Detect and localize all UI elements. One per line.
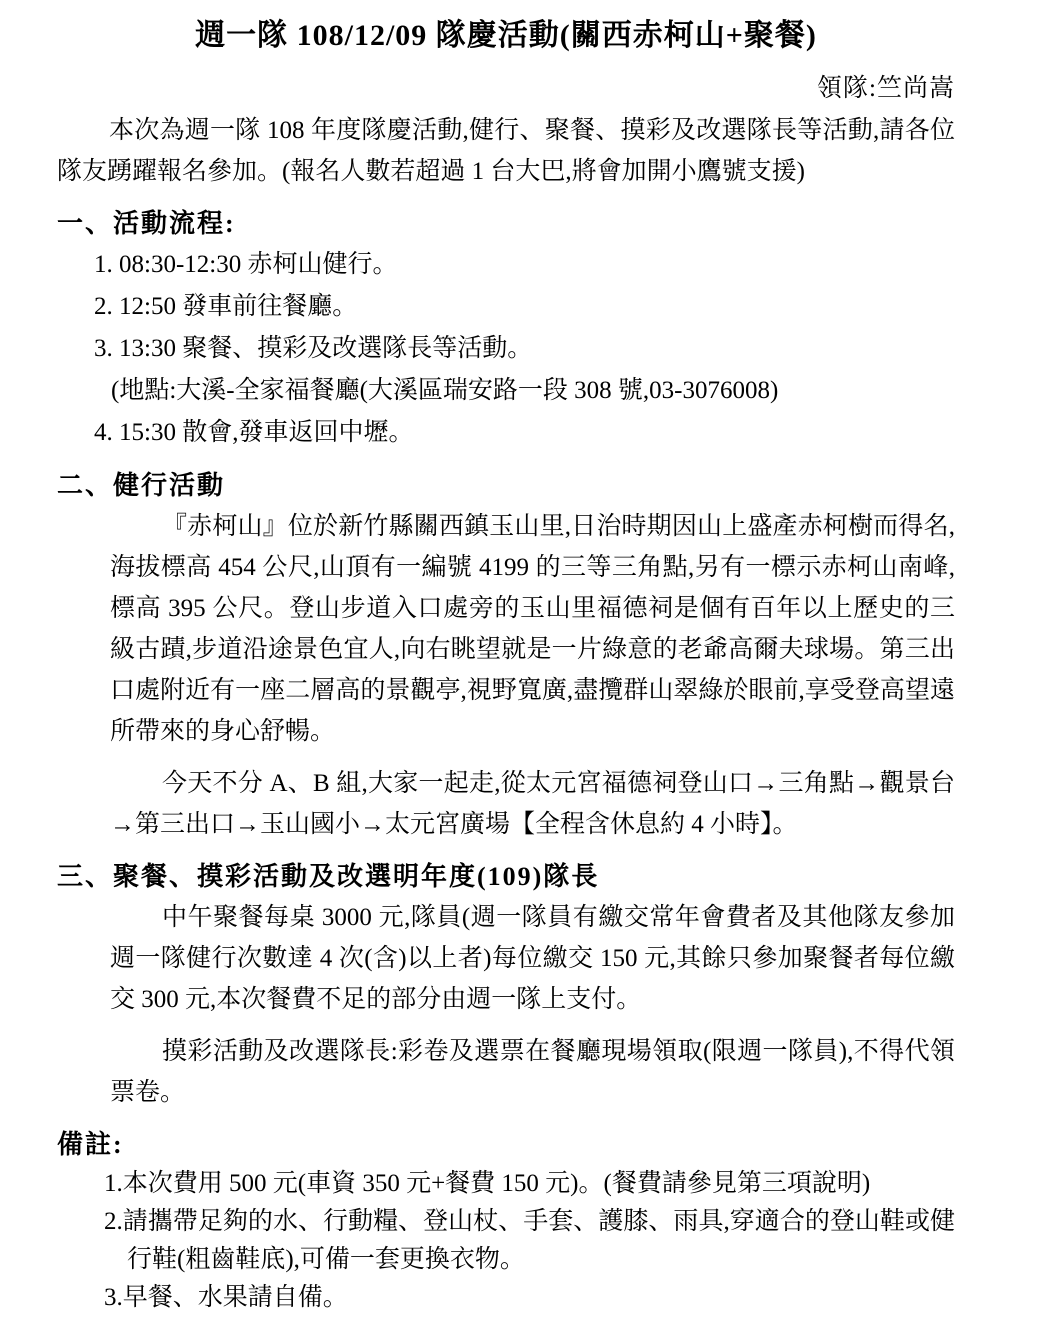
- list-subitem: (地點:大溪-全家福餐廳(大溪區瑞安路一段 308 號,03-3076008): [111, 370, 955, 412]
- section-hiking-activity: 二、健行活動『赤柯山』位於新竹縣關西鎮玉山里,日治時期因山上盛產赤柯樹而得名,海…: [57, 465, 955, 845]
- note-item: 1.本次費用 500 元(車資 350 元+餐費 150 元)。(餐費請參見第三…: [104, 1165, 955, 1203]
- note-item: 2.請攜帶足夠的水、行動糧、登山杖、手套、護膝、雨具,穿適合的登山鞋或健行鞋(粗…: [104, 1203, 955, 1279]
- section-dinner-raffle-election: 三、聚餐、摸彩活動及改選明年度(109)隊長中午聚餐每桌 3000 元,隊員(週…: [57, 856, 955, 1113]
- leader-line: 領隊:竺尚嵩: [57, 70, 955, 108]
- body-paragraph: 『赤柯山』位於新竹縣關西鎮玉山里,日治時期因山上盛產赤柯樹而得名,海拔標高 45…: [110, 506, 955, 752]
- list-item: 1. 08:30-12:30 赤柯山健行。: [94, 244, 955, 286]
- section-heading: 三、聚餐、摸彩活動及改選明年度(109)隊長: [57, 856, 955, 897]
- section-activity-schedule: 一、活動流程:1. 08:30-12:30 赤柯山健行。2. 12:50 發車前…: [57, 203, 955, 454]
- section-heading: 二、健行活動: [57, 465, 955, 506]
- document-page: 週一隊 108/12/09 隊慶活動(關西赤柯山+聚餐) 領隊:竺尚嵩 本次為週…: [0, 0, 1052, 1332]
- note-item: 3.早餐、水果請自備。: [104, 1279, 955, 1317]
- sections-container: 一、活動流程:1. 08:30-12:30 赤柯山健行。2. 12:50 發車前…: [57, 203, 955, 1317]
- section-heading: 一、活動流程:: [57, 203, 955, 244]
- body-paragraph: 中午聚餐每桌 3000 元,隊員(週一隊員有繳交常年會費者及其他隊友參加週一隊健…: [110, 897, 955, 1020]
- list-item: 2. 12:50 發車前往餐廳。: [94, 286, 955, 328]
- document-title: 週一隊 108/12/09 隊慶活動(關西赤柯山+聚餐): [57, 14, 955, 58]
- list-item: 3. 13:30 聚餐、摸彩及改選隊長等活動。: [94, 328, 955, 370]
- body-paragraph: 今天不分 A、B 組,大家一起走,從太元宮福德祠登山口→三角點→觀景台→第三出口…: [110, 763, 955, 845]
- intro-paragraph: 本次為週一隊 108 年度隊慶活動,健行、聚餐、摸彩及改選隊長等活動,請各位隊友…: [57, 110, 955, 192]
- list-item: 4. 15:30 散會,發車返回中壢。: [94, 412, 955, 454]
- section-heading: 備註:: [57, 1124, 955, 1165]
- section-remarks: 備註:1.本次費用 500 元(車資 350 元+餐費 150 元)。(餐費請參…: [57, 1124, 955, 1317]
- body-paragraph: 摸彩活動及改選隊長:彩卷及選票在餐廳現場領取(限週一隊員),不得代領票卷。: [110, 1031, 955, 1113]
